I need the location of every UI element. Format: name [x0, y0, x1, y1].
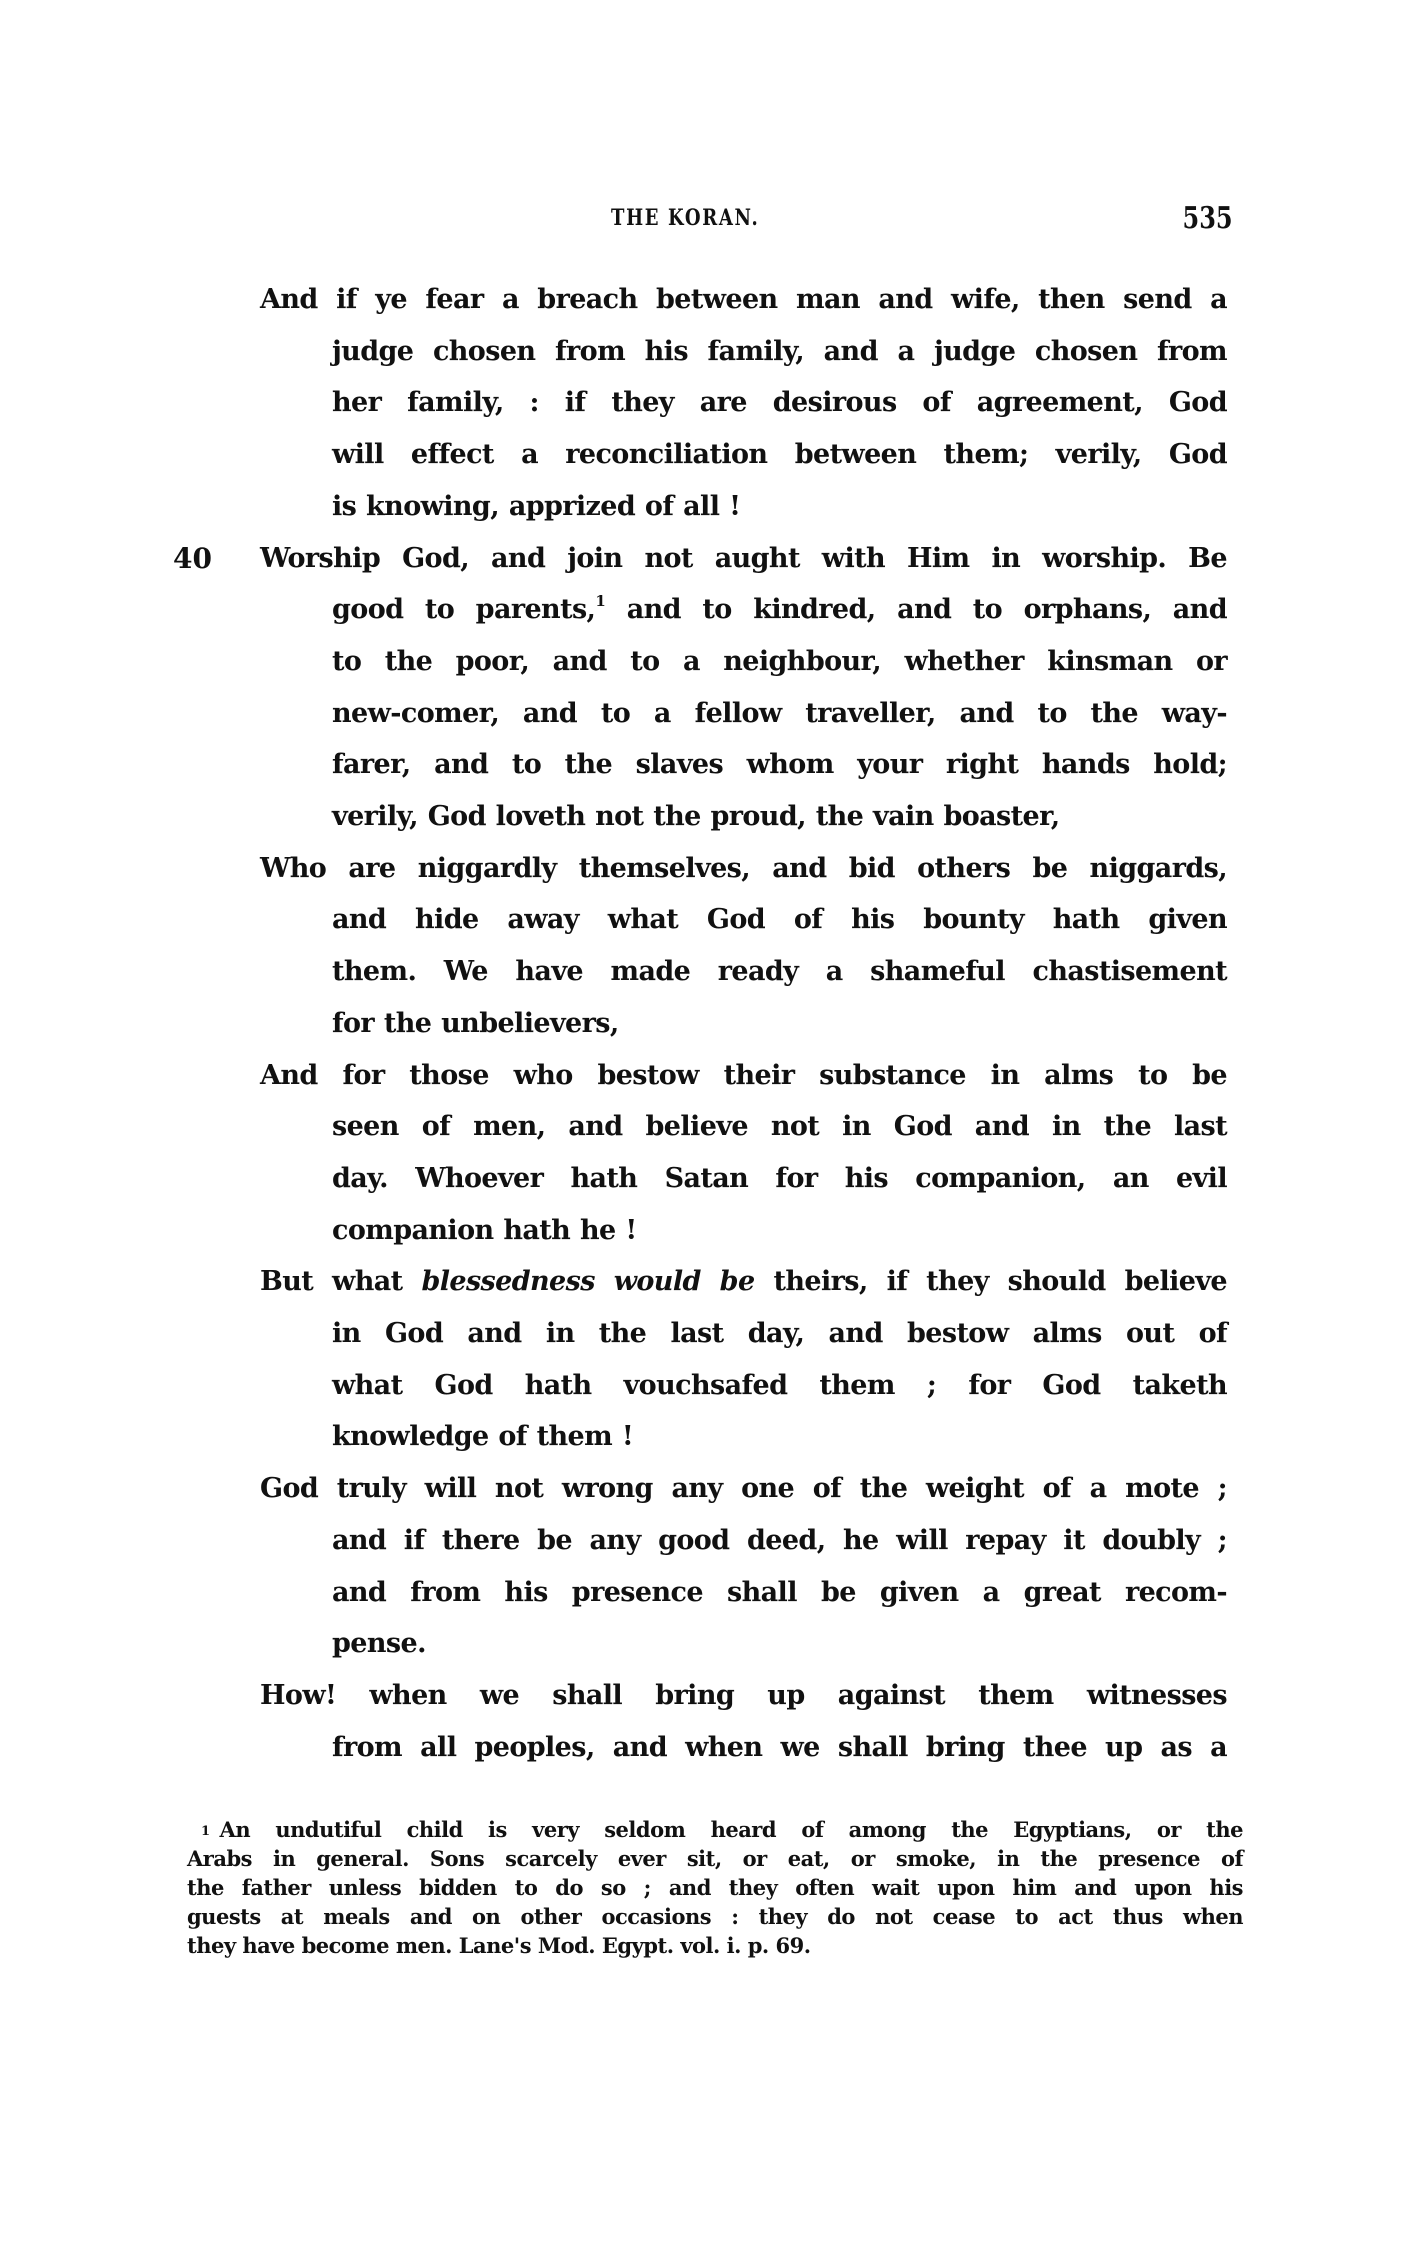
running-title: THE KORAN.	[611, 205, 759, 231]
footnote-line: guests at meals and on other occasions :…	[187, 1902, 1243, 1931]
verse-line: seen of men, and believe not in God and …	[332, 1107, 1227, 1147]
verse-number: 40	[173, 539, 212, 579]
verse-line: But what blessedness would be theirs, if…	[260, 1262, 1227, 1302]
footnote-reference[interactable]: 1	[595, 592, 605, 610]
footnote-line: the father unless bidden to do so ; and …	[187, 1873, 1243, 1902]
footnote-text: An undutiful child is very seldom heard …	[220, 1817, 1243, 1842]
verse-line: to the poor, and to a neighbour, whether…	[332, 642, 1227, 682]
verse-line: them. We have made ready a shameful chas…	[332, 952, 1227, 992]
verse-line-part: good to parents,	[332, 594, 595, 625]
verse-line-part: But what	[260, 1266, 403, 1297]
footnote-line: they have become men. Lane's Mod. Egypt.…	[187, 1931, 1243, 1960]
italic-phrase: blessedness would be	[421, 1266, 754, 1297]
running-head: THE KORAN. 535	[260, 205, 1227, 241]
verse-line: God truly will not wrong any one of the …	[260, 1469, 1227, 1509]
verse-line: Worship God, and join not aught with Him…	[260, 539, 1227, 579]
verse-line: Who are niggardly themselves, and bid ot…	[260, 849, 1227, 889]
verse-line: is knowing, apprized of all !	[332, 487, 1227, 527]
verse-line: in God and in the last day, and bestow a…	[332, 1314, 1227, 1354]
verse-line: knowledge of them !	[332, 1417, 1227, 1457]
verse-line: judge chosen from his family, and a judg…	[332, 332, 1227, 372]
verse-line: pense.	[332, 1624, 1227, 1664]
verse-line: How! when we shall bring up against them…	[260, 1676, 1227, 1716]
verse-line: for the unbelievers,	[332, 1004, 1227, 1044]
verse-line: And if ye fear a breach between man and …	[260, 280, 1227, 320]
verse-line: farer, and to the slaves whom your right…	[332, 745, 1227, 785]
verse-line: and hide away what God of his bounty hat…	[332, 900, 1227, 940]
verse-line: verily, God loveth not the proud, the va…	[332, 797, 1227, 837]
footnote-line: Arabs in general. Sons scarcely ever sit…	[187, 1844, 1243, 1873]
verse-line: companion hath he !	[332, 1211, 1227, 1251]
verse-line: and from his presence shall be given a g…	[332, 1573, 1227, 1613]
verse-line-part: theirs, if they should believe	[773, 1266, 1227, 1297]
verse-line: will effect a reconciliation between the…	[332, 435, 1227, 475]
verse-line: from all peoples, and when we shall brin…	[332, 1728, 1227, 1768]
verse-line: day. Whoever hath Satan for his companio…	[332, 1159, 1227, 1199]
page-number: 535	[1183, 201, 1233, 236]
verse-line: what God hath vouchsafed them ; for God …	[332, 1366, 1227, 1406]
verse-line: her family, : if they are desirous of ag…	[332, 383, 1227, 423]
footnote-marker: 1	[201, 1824, 210, 1839]
verse-line: and if there be any good deed, he will r…	[332, 1521, 1227, 1561]
footnote-line: 1An undutiful child is very seldom heard…	[187, 1815, 1243, 1844]
verse-line: And for those who bestow their substance…	[260, 1056, 1227, 1096]
book-page: THE KORAN. 535 And if ye fear a breach b…	[0, 0, 1405, 2245]
verse-line-part: and to kindred, and to orphans, and	[627, 594, 1227, 625]
verse-line: new-comer, and to a fellow traveller, an…	[332, 694, 1227, 734]
verse-line: good to parents,1 and to kindred, and to…	[332, 590, 1227, 630]
